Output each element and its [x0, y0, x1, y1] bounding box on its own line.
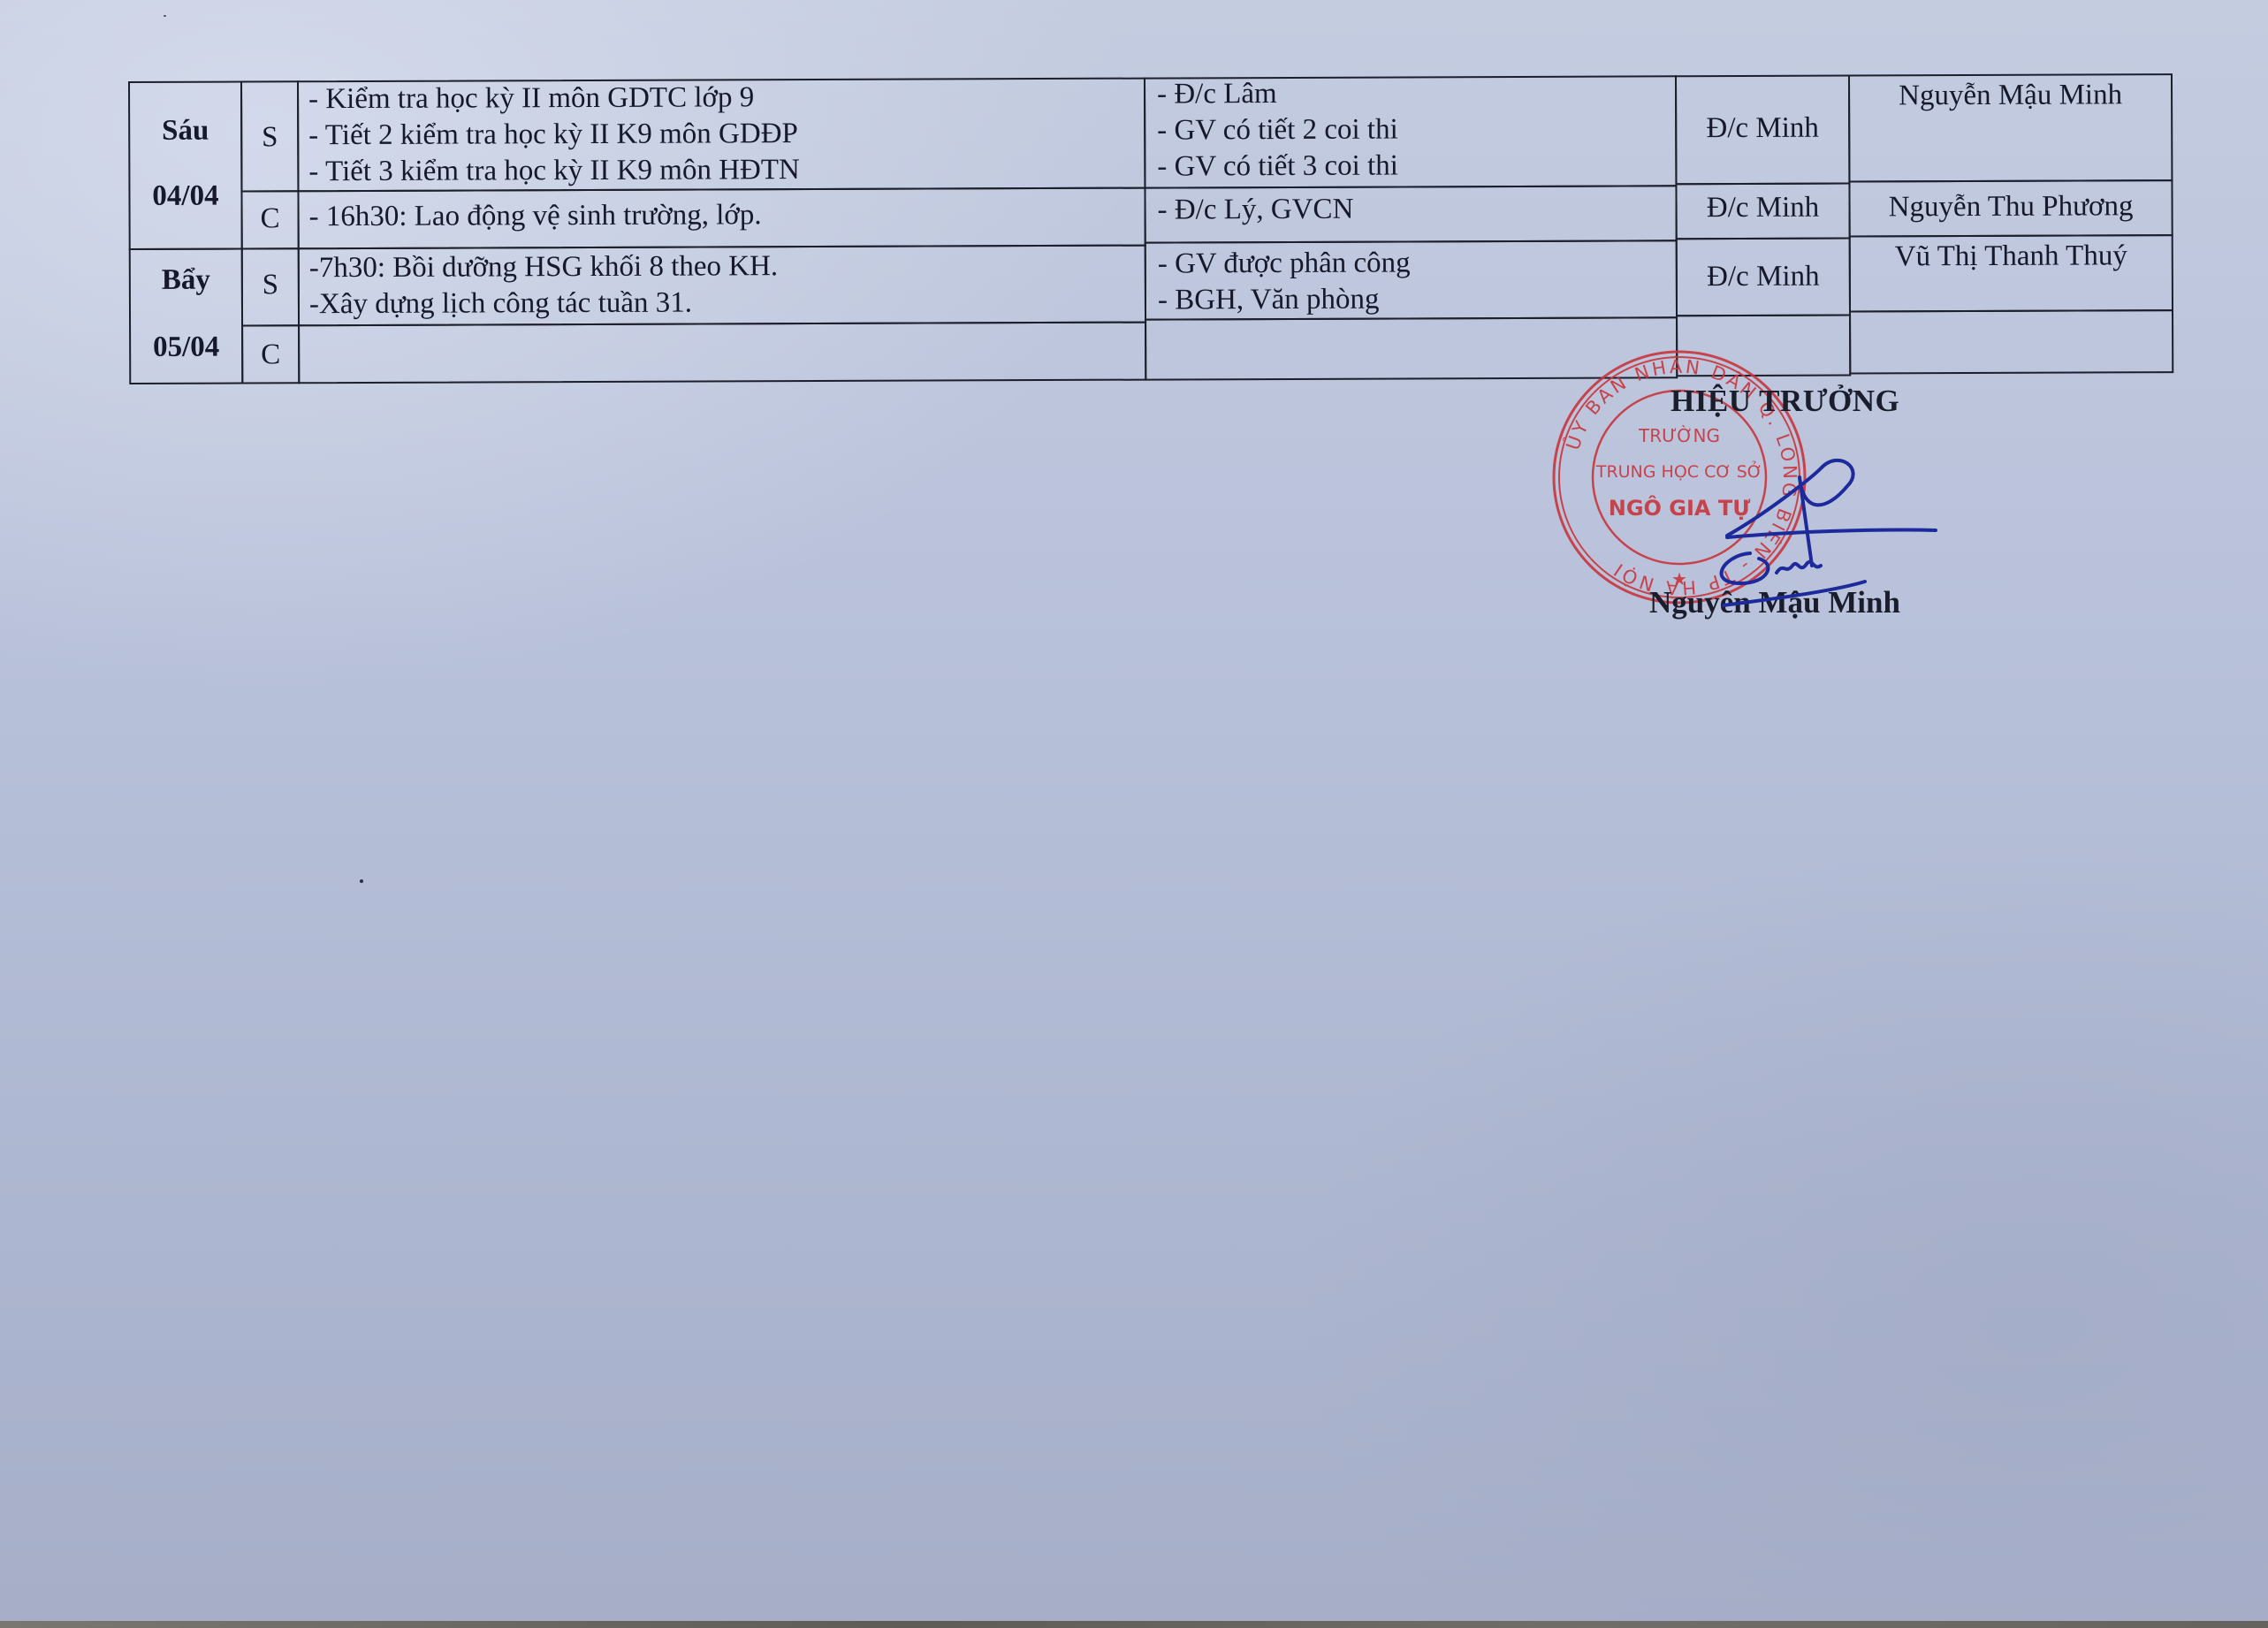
- host-name: Đ/c Minh: [1677, 190, 1848, 227]
- handwritten-signature-icon: [1715, 451, 1945, 610]
- session-label: S: [243, 267, 298, 303]
- host-cell: Đ/c Minh: [1675, 183, 1850, 240]
- session-label: C: [243, 337, 298, 373]
- activity-line: - Kiểm tra học kỳ II môn GDTC lớp 9: [308, 80, 754, 118]
- session-label: C: [243, 201, 298, 237]
- participant-line: - Đ/c Lâm: [1157, 76, 1277, 113]
- duty-cell: [1849, 309, 2173, 374]
- host-cell: Đ/c Minh: [1676, 238, 1851, 317]
- stamp-line-1: TRƯỜNG: [1638, 425, 1720, 446]
- signature-title: HIỆU TRƯỞNG: [1671, 384, 1899, 419]
- participant-line: - GV được phân công: [1158, 245, 1411, 282]
- duty-cell: Nguyễn Mậu Minh: [1848, 73, 2173, 182]
- duty-cell: Nguyễn Thu Phương: [1848, 179, 2173, 237]
- session-label: S: [242, 119, 297, 156]
- host-name: Đ/c Minh: [1677, 110, 1848, 148]
- activity-line: -Xây dựng lịch công tác tuần 31.: [309, 285, 692, 323]
- day-cell: Sáu 04/04: [128, 81, 243, 250]
- duty-name: Nguyễn Thu Phương: [1850, 188, 2171, 225]
- work-schedule-table: Sáu 04/04 S - Kiểm tra học kỳ II môn GDT…: [130, 75, 2173, 386]
- session-cell: C: [241, 324, 300, 384]
- duty-name: Nguyễn Mậu Minh: [1850, 77, 2171, 114]
- activity-cell: -7h30: Bồi dưỡng HSG khối 8 theo KH. -Xâ…: [298, 245, 1146, 327]
- day-cell: Bẩy 05/04: [129, 248, 244, 384]
- paper-speck: [360, 879, 363, 883]
- duty-name: Vũ Thị Thanh Thuý: [1851, 238, 2172, 275]
- session-cell: S: [240, 80, 299, 192]
- duty-cell: Vũ Thị Thanh Thuý: [1849, 234, 2173, 312]
- activity-cell: - 16h30: Lao động vệ sinh trường, lớp.: [297, 187, 1145, 250]
- activity-cell: [298, 322, 1146, 384]
- background-surface: [0, 1621, 2268, 1628]
- participant-line: - BGH, Văn phòng: [1158, 282, 1380, 319]
- host-cell: Đ/c Minh: [1675, 75, 1850, 186]
- host-name: Đ/c Minh: [1678, 259, 1849, 296]
- activity-line: - Tiết 3 kiểm tra học kỳ II K9 môn HĐTN: [308, 152, 800, 190]
- participant-line: - Đ/c Lý, GVCN: [1157, 192, 1353, 229]
- participants-cell: - Đ/c Lâm - GV có tiết 2 coi thi - GV có…: [1144, 75, 1677, 188]
- session-cell: C: [240, 190, 299, 249]
- paper-speck: [164, 15, 166, 17]
- day-name: Bẩy: [131, 262, 241, 299]
- activity-cell: - Kiểm tra học kỳ II môn GDTC lớp 9 - Ti…: [297, 78, 1145, 193]
- activity-line: -7h30: Bồi dưỡng HSG khối 8 theo KH.: [309, 248, 778, 286]
- participants-cell: - Đ/c Lý, GVCN: [1144, 185, 1677, 243]
- activity-line: - Tiết 2 kiểm tra học kỳ II K9 môn GDĐP: [308, 116, 798, 154]
- day-date: 05/04: [131, 330, 241, 366]
- participant-line: - GV có tiết 2 coi thi: [1157, 111, 1398, 148]
- participants-cell: - GV được phân công - BGH, Văn phòng: [1145, 240, 1678, 320]
- participant-line: - GV có tiết 3 coi thi: [1157, 148, 1398, 185]
- activity-line: - 16h30: Lao động vệ sinh trường, lớp.: [309, 197, 762, 235]
- day-name: Sáu: [130, 113, 240, 149]
- day-date: 04/04: [130, 179, 240, 215]
- session-cell: S: [241, 247, 300, 326]
